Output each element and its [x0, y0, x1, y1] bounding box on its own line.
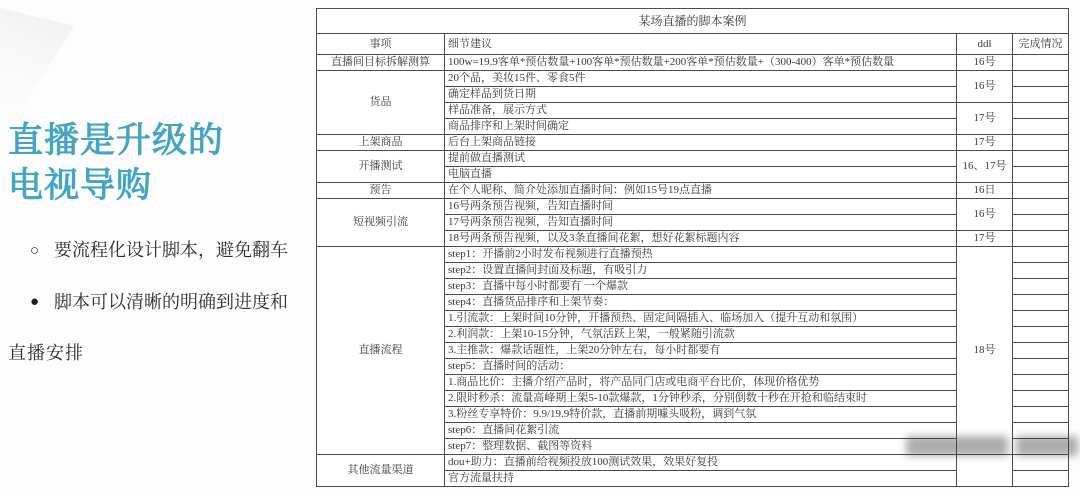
detail-cell: 16号两条预告视频，告知直播时间 [445, 199, 957, 215]
item-cell: 短视频引流 [317, 199, 445, 247]
ddl-cell: 16号 [957, 199, 1013, 231]
done-cell [1013, 359, 1069, 375]
script-table: 某场直播的脚本案例 事项 细节建议 ddl 完成情况 直播间目标拆解测算100w… [316, 8, 1069, 487]
ddl-cell: 16、17号 [957, 151, 1013, 183]
detail-cell: step3：直播中每小时都要有 一个爆款 [445, 279, 957, 295]
table-row: 短视频引流16号两条预告视频，告知直播时间16号 [317, 199, 1069, 215]
done-cell [1013, 327, 1069, 343]
item-cell: 货品 [317, 71, 445, 135]
done-cell [1013, 423, 1069, 439]
script-table-body: 某场直播的脚本案例 事项 细节建议 ddl 完成情况 直播间目标拆解测算100w… [317, 9, 1069, 487]
detail-cell: 18号两条预告视频，以及3条直播间花絮，想好花絮标题内容 [445, 231, 957, 247]
corner-watermark-shape [0, 0, 95, 130]
list-item: ● 脚本可以清晰的明确到进度和 [30, 292, 308, 314]
done-cell [1013, 471, 1069, 487]
ddl-cell [957, 455, 1013, 487]
ddl-cell: 17号 [957, 103, 1013, 135]
bullet-continuation-text: 直播安排 [8, 343, 308, 365]
page-title-line2: 电视导购 [8, 166, 152, 205]
done-cell [1013, 311, 1069, 327]
table-row: 货品20个品，美妆15件、零食5件16号 [317, 71, 1069, 87]
item-cell: 其他流量渠道 [317, 455, 445, 487]
done-cell [1013, 199, 1069, 215]
left-panel: 直播是升级的 电视导购 ○ 要流程化设计脚本，避免翻车 ● 脚本可以清晰的明确到… [8, 118, 308, 365]
done-cell [1013, 279, 1069, 295]
detail-cell: step4：直播货品排序和上架节奏： [445, 295, 957, 311]
done-cell [1013, 263, 1069, 279]
header-done: 完成情况 [1013, 34, 1069, 55]
done-cell [1013, 55, 1069, 71]
detail-cell: 官方流量扶持 [445, 471, 957, 487]
list-item: ○ 要流程化设计脚本，避免翻车 [30, 240, 308, 262]
detail-cell: 电脑直播 [445, 167, 957, 183]
detail-cell: 100w=19.9客单*预估数量+100客单*预估数量+200客单*预估数量+（… [445, 55, 957, 71]
detail-cell: 1.商品比价：主播介绍产品时，将产品同门店或电商平台比价，体现价格优势 [445, 375, 957, 391]
detail-cell: 2.利润款：上架10-15分钟，气氛活跃上架，一般紧随引流款 [445, 327, 957, 343]
detail-cell: 17号两条预告视频，告知直播时间 [445, 215, 957, 231]
done-cell [1013, 375, 1069, 391]
done-cell [1013, 215, 1069, 231]
table-row: 其他流量渠道dou+助力：直播前给视频投放100测试效果，效果好复投 [317, 455, 1069, 471]
done-cell [1013, 183, 1069, 199]
filled-circle-bullet-icon: ● [30, 293, 54, 311]
item-cell: 预告 [317, 183, 445, 199]
done-cell [1013, 231, 1069, 247]
item-cell: 直播流程 [317, 247, 445, 455]
done-cell [1013, 343, 1069, 359]
done-cell [1013, 103, 1069, 119]
bullet-text: 脚本可以清晰的明确到进度和 [54, 292, 288, 314]
detail-cell: step7：整理数据、截图等资料 [445, 439, 957, 455]
bullet-text: 要流程化设计脚本，避免翻车 [54, 240, 288, 262]
detail-cell: 样品准备，展示方式 [445, 103, 957, 119]
header-item: 事项 [317, 34, 445, 55]
item-cell: 上架商品 [317, 135, 445, 151]
item-cell: 开播测试 [317, 151, 445, 183]
item-cell: 直播间目标拆解测算 [317, 55, 445, 71]
detail-cell: 2.限时秒杀：流量高峰期上架5-10款爆款，1分钟秒杀，分别倒数十秒在开抢和临结… [445, 391, 957, 407]
detail-cell: step1：开播前2小时发布视频进行直播预热 [445, 247, 957, 263]
detail-cell: 20个品，美妆15件、零食5件 [445, 71, 957, 87]
done-cell [1013, 151, 1069, 167]
detail-cell: 1.引流款：上架时间10分钟，开播预热、固定间隔插入、临场加入（提升互动和氛围） [445, 311, 957, 327]
hollow-circle-bullet-icon: ○ [30, 242, 54, 260]
done-cell [1013, 87, 1069, 103]
done-cell [1013, 119, 1069, 135]
ddl-cell: 18号 [957, 247, 1013, 455]
table-row: 直播间目标拆解测算100w=19.9客单*预估数量+100客单*预估数量+200… [317, 55, 1069, 71]
page-title-line1: 直播是升级的 [8, 121, 224, 160]
ddl-cell: 17号 [957, 135, 1013, 151]
table-row: 预告在个人昵称、简介处添加直播时间：例如15号19点直播16日 [317, 183, 1069, 199]
detail-cell: step6：直播间花絮引流 [445, 423, 957, 439]
ddl-cell: 16日 [957, 183, 1013, 199]
script-table-wrap: 某场直播的脚本案例 事项 细节建议 ddl 完成情况 直播间目标拆解测算100w… [316, 8, 1069, 487]
table-row: 开播测试提前做直播测试16、17号 [317, 151, 1069, 167]
detail-cell: step2：设置直播间封面及标题，有吸引力 [445, 263, 957, 279]
done-cell [1013, 295, 1069, 311]
detail-cell: 确定样品到货日期 [445, 87, 957, 103]
done-cell [1013, 71, 1069, 87]
detail-cell: dou+助力：直播前给视频投放100测试效果，效果好复投 [445, 455, 957, 471]
bullet-list: ○ 要流程化设计脚本，避免翻车 ● 脚本可以清晰的明确到进度和 直播安排 [8, 240, 308, 365]
page-title: 直播是升级的 电视导购 [8, 118, 308, 208]
done-cell [1013, 455, 1069, 471]
table-title-row: 某场直播的脚本案例 [317, 9, 1069, 34]
detail-cell: 3.粉丝专享特价：9.9/19.9特价款，直播前期噱头吸粉，调到气氛 [445, 407, 957, 423]
detail-cell: step5：直播时间的活动： [445, 359, 957, 375]
done-cell [1013, 407, 1069, 423]
table-row: 直播流程step1：开播前2小时发布视频进行直播预热18号 [317, 247, 1069, 263]
header-detail: 细节建议 [445, 34, 957, 55]
done-cell [1013, 167, 1069, 183]
detail-cell: 提前做直播测试 [445, 151, 957, 167]
table-title: 某场直播的脚本案例 [317, 9, 1069, 34]
header-ddl: ddl [957, 34, 1013, 55]
ddl-cell: 16号 [957, 55, 1013, 71]
slide-page: 直播是升级的 电视导购 ○ 要流程化设计脚本，避免翻车 ● 脚本可以清晰的明确到… [0, 0, 1080, 497]
done-cell [1013, 135, 1069, 151]
detail-cell: 后台上架商品链接 [445, 135, 957, 151]
done-cell [1013, 439, 1069, 455]
detail-cell: 商品排序和上架时间确定 [445, 119, 957, 135]
ddl-cell: 16号 [957, 71, 1013, 103]
done-cell [1013, 391, 1069, 407]
detail-cell: 3.主推款：爆款话题性，上架20分钟左右，每小时都要有 [445, 343, 957, 359]
detail-cell: 在个人昵称、简介处添加直播时间：例如15号19点直播 [445, 183, 957, 199]
done-cell [1013, 247, 1069, 263]
table-row: 上架商品后台上架商品链接17号 [317, 135, 1069, 151]
ddl-cell: 17号 [957, 231, 1013, 247]
table-header-row: 事项 细节建议 ddl 完成情况 [317, 34, 1069, 55]
